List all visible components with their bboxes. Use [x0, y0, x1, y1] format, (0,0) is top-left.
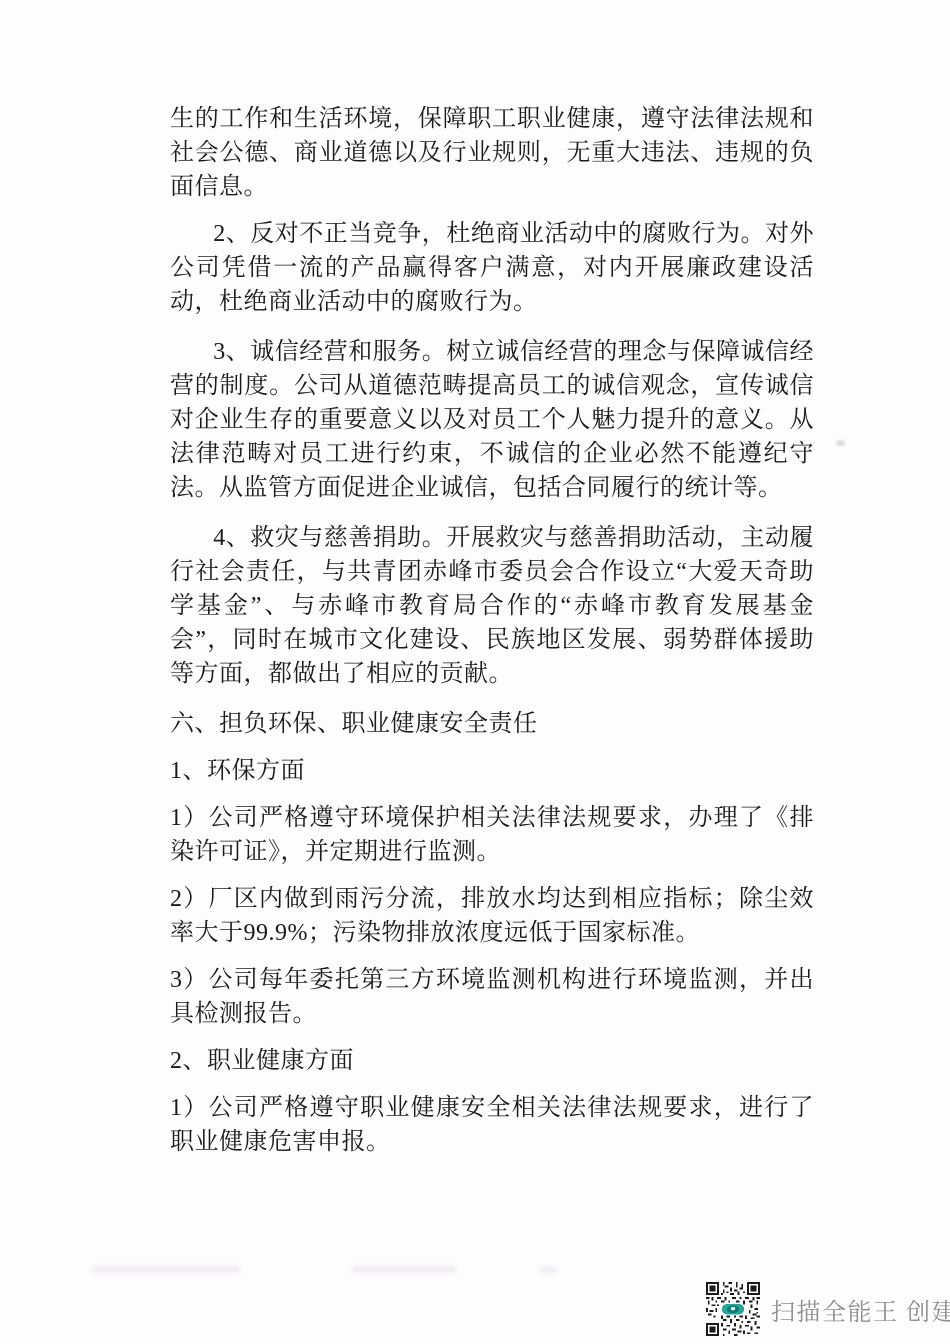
scanned-document-page: 生的工作和生活环境，保障职工职业健康，遵守法律法规和社会公德、商业道德以及行业规… — [0, 0, 950, 1344]
scan-artifact-dot — [836, 440, 845, 446]
paragraph-health-point-1: 1）公司严格遵守职业健康安全相关法律法规要求，进行了职业健康危害申报。 — [170, 1091, 814, 1159]
subsection-heading-occupational-health: 2、职业健康方面 — [170, 1044, 814, 1078]
paragraph-item-3-integrity: 3、诚信经营和服务。树立诚信经营的理念与保障诚信经营的制度。公司从道德范畴提高员… — [170, 335, 814, 505]
camscanner-watermark: 扫描全能王 创建 — [706, 1282, 950, 1336]
camscanner-logo — [722, 1304, 744, 1314]
subsection-heading-environment: 1、环保方面 — [170, 754, 814, 788]
paragraph-env-point-1: 1）公司严格遵守环境保护相关法律法规要求，办理了《排染许可证》，并定期进行监测。 — [170, 801, 814, 869]
document-text-block: 生的工作和生活环境，保障职工职业健康，遵守法律法规和社会公德、商业道德以及行业规… — [170, 102, 814, 1172]
scan-artifact-streak — [92, 1266, 240, 1273]
paragraph-continuation: 生的工作和生活环境，保障职工职业健康，遵守法律法规和社会公德、商业道德以及行业规… — [170, 102, 814, 204]
paragraph-env-point-3: 3）公司每年委托第三方环境监测机构进行环境监测，并出具检测报告。 — [170, 963, 814, 1031]
qr-code-icon — [706, 1282, 760, 1336]
paragraph-item-2-anti-corruption: 2、反对不正当竞争，杜绝商业活动中的腐败行为。对外公司凭借一流的产品赢得客户满意… — [170, 217, 814, 319]
paragraph-item-4-charity: 4、救灾与慈善捐助。开展救灾与慈善捐助活动，主动履行社会责任，与共青团赤峰市委员… — [170, 521, 814, 691]
scan-artifact-streak — [540, 1267, 558, 1273]
watermark-label: 扫描全能王 创建 — [771, 1292, 950, 1327]
section-heading-six: 六、担负环保、职业健康安全责任 — [170, 707, 814, 741]
paragraph-env-point-2: 2）厂区内做到雨污分流，排放水均达到相应指标；除尘效率大于99.9%；污染物排放… — [170, 882, 814, 950]
scan-artifact-streak — [352, 1266, 456, 1273]
